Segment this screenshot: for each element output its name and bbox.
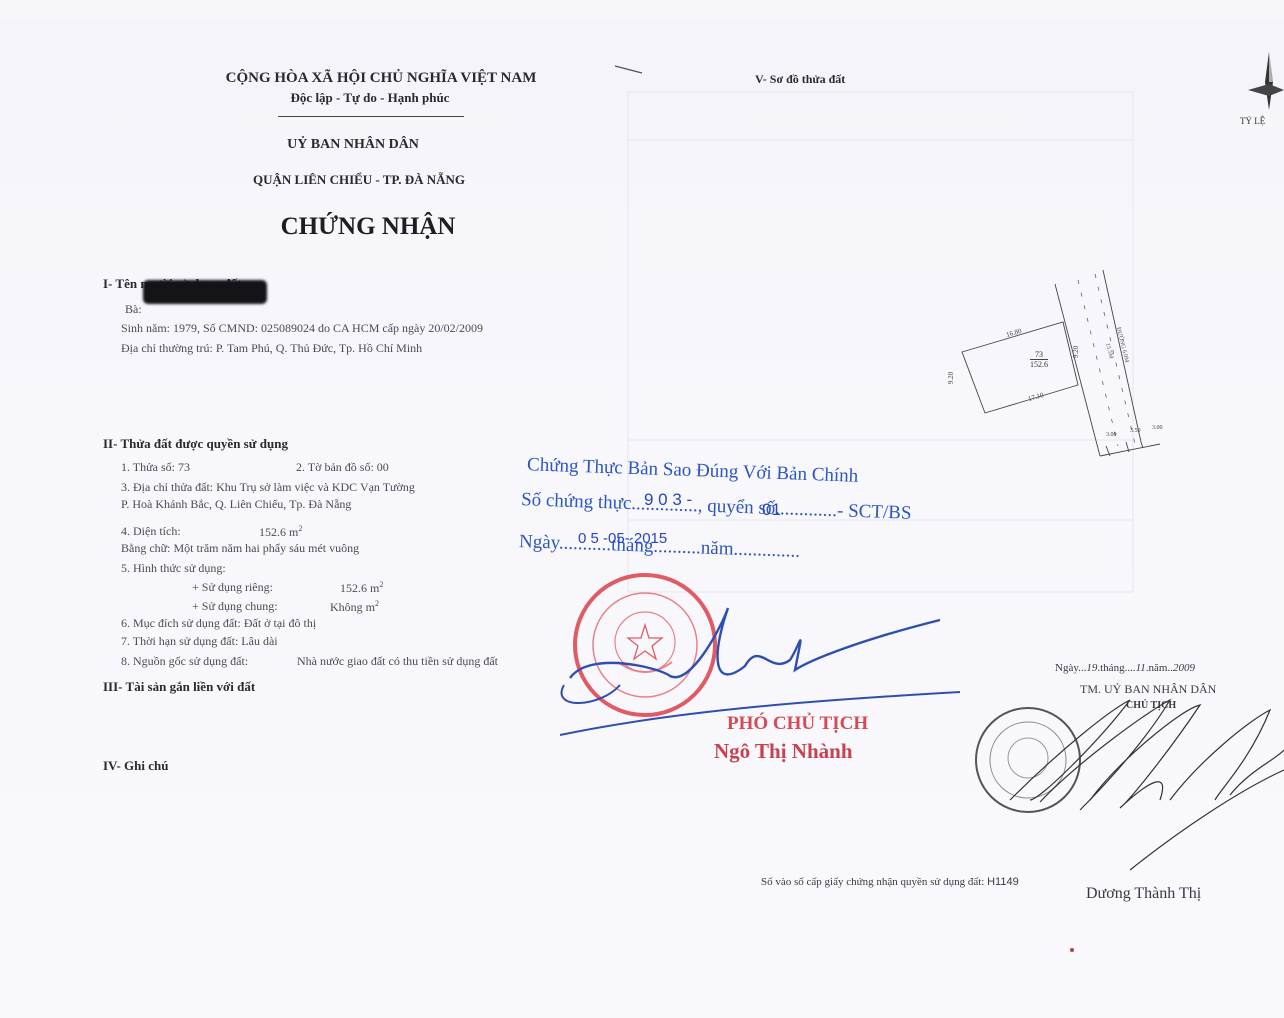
map-sheet-number: 2. Tờ bản đồ số: 00: [296, 460, 389, 475]
area-in-words: Bằng chữ: Một trăm năm hai phẩy sáu mét …: [121, 541, 359, 556]
land-origin-value: Nhà nước giao đất có thu tiền sử dụng đấ…: [297, 654, 498, 669]
land-use-purpose: 6. Mục đích sử dụng đất: Đất ở tại đô th…: [121, 616, 316, 631]
deputy-chair-name: Ngô Thị Nhành: [714, 739, 853, 764]
road-dim-3: 3.00: [1152, 425, 1163, 431]
plot-dim-right: 9.20: [1072, 346, 1080, 358]
chairman-name: Dương Thành Thị: [1086, 885, 1201, 903]
handwritten-cert-date: 0 5 -05- 2015: [578, 530, 667, 547]
section4-heading: IV- Ghi chú: [103, 758, 169, 774]
plot-diagram: [940, 260, 1180, 460]
handwritten-cert-number: 9 0 3 -: [644, 490, 692, 510]
scale-label: TỶ LỆ: [1240, 116, 1265, 126]
nation-heading: CỘNG HÒA XÃ HỘI CHỦ NGHĨA VIỆT NAM: [226, 70, 537, 87]
road-dim-1: 3.00: [1106, 432, 1117, 438]
parcel-address-line2: P. Hoà Khánh Bắc, Q. Liên Chiểu, Tp. Đà …: [121, 497, 351, 512]
document-title: CHỨNG NHẬN: [281, 213, 456, 241]
shared-use-value: Không m2: [330, 599, 379, 615]
land-origin-label: 8. Nguồn gốc sử dụng đất:: [121, 654, 248, 669]
parcel-address-line1: 3. Địa chỉ thửa đất: Khu Trụ sở làm việc…: [121, 480, 415, 495]
private-use-value: 152.6 m2: [340, 580, 383, 596]
land-use-term: 7. Thời hạn sử dụng đất: Lâu dài: [121, 634, 278, 649]
owner-name-prefix: Bà:: [125, 302, 142, 317]
private-use-label: + Sử dụng riêng:: [192, 580, 273, 595]
plot-number: 73: [1030, 350, 1048, 360]
section3-heading: III- Tài sản gắn liền với đất: [103, 679, 255, 695]
chairman-signature: [1000, 690, 1284, 880]
handwritten-book-number: 01: [762, 500, 781, 520]
section2-heading: II- Thửa đất được quyền sử dụng: [103, 436, 288, 452]
authority-name: UỶ BAN NHÂN DÂN: [287, 137, 419, 153]
area-label: 4. Diện tích:: [121, 524, 181, 539]
shared-use-label: + Sử dụng chung:: [192, 599, 278, 614]
register-number-label: Số vào sổ cấp giấy chứng nhận quyền sử d…: [761, 876, 1019, 888]
deputy-chair-title: PHÓ CHỦ TỊCH: [727, 713, 868, 735]
owner-address: Địa chỉ thường trú: P. Tam Phú, Q. Thủ Đ…: [121, 341, 422, 356]
parcel-number: 1. Thửa số: 73: [121, 460, 190, 475]
district-name: QUẬN LIÊN CHIỂU - TP. ĐÀ NẴNG: [253, 172, 465, 188]
road-dim-2: 3.50: [1130, 428, 1141, 434]
owner-birth-id: Sinh năm: 1979, Số CMND: 025089024 do CA…: [121, 321, 483, 336]
area-value: 152.6 m2: [259, 524, 302, 540]
header-divider: [278, 116, 464, 117]
speck: [1068, 946, 1078, 956]
scan-mark: [612, 60, 652, 80]
plot-dim-left: 9.20: [947, 372, 955, 384]
plot-area: 152.6: [1030, 360, 1048, 369]
usage-form-label: 5. Hình thức sử dụng:: [121, 561, 226, 576]
motto: Độc lập - Tự do - Hạnh phúc: [291, 90, 450, 106]
issuance-date: Ngày...19.tháng....11.năm..2009: [1055, 662, 1195, 674]
north-arrow-icon: [1244, 50, 1284, 120]
owner-name-redaction: [143, 280, 267, 304]
plot-label: 73 152.6: [1030, 350, 1048, 369]
